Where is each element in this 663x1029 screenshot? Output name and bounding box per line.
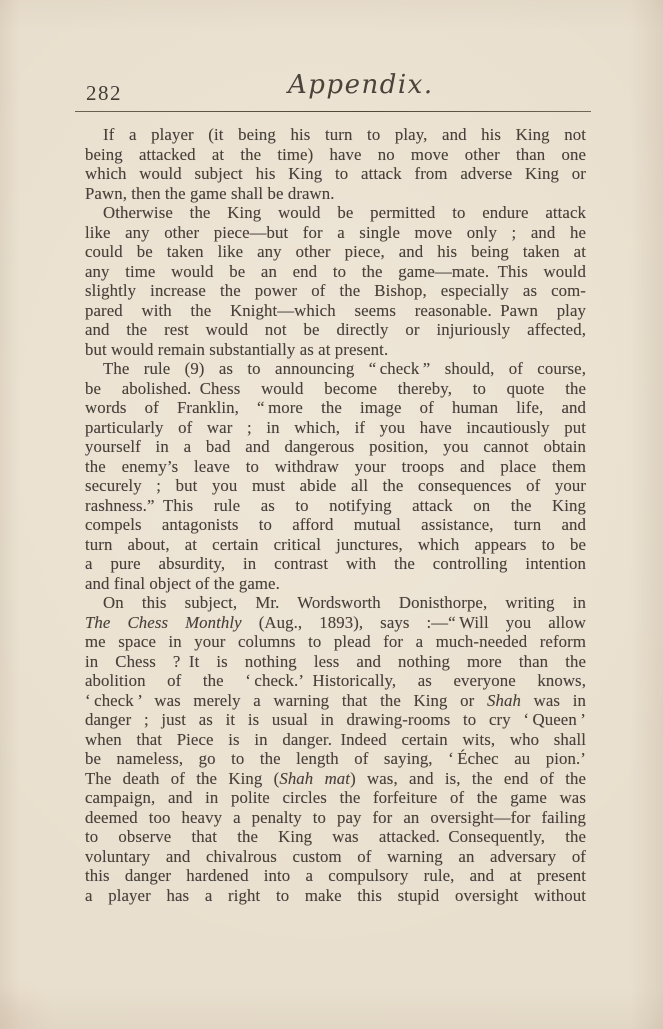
text-line: yourself in a bad and dangerous position… — [85, 437, 586, 457]
text-line: The death of the King (Shah mat) was, an… — [85, 769, 586, 789]
text-segment: If a player (it being his turn to play, … — [103, 125, 586, 144]
text-line: and final object of the game. — [85, 574, 586, 594]
text-segment: when that Piece is in danger. Indeed cer… — [85, 730, 586, 749]
text-segment: pared with the Knight—which seems reason… — [85, 301, 586, 320]
text-segment: and final object of the game. — [85, 574, 280, 593]
text-segment: securely ; but you must abide all the co… — [85, 476, 586, 495]
text-segment: but would remain substantially as at pre… — [85, 340, 388, 359]
text-segment: the enemy’s leave to withdraw your troop… — [85, 457, 586, 476]
text-segment: a player has a right to make this stupid… — [85, 886, 586, 905]
text-segment: this danger hardened into a compulsory r… — [85, 866, 586, 885]
scanned-page: 282 Appendix. If a player (it being his … — [0, 0, 663, 1029]
text-line: abolition of the ‘ check.’ Historically,… — [85, 671, 586, 691]
text-line: be abolished. Chess would become thereby… — [85, 379, 586, 399]
text-line: turn about, at certain critical juncture… — [85, 535, 586, 555]
text-line: The rule (9) as to announcing “ check ” … — [85, 359, 586, 379]
text-segment: Otherwise the King would be permitted to… — [103, 203, 586, 222]
text-segment: On this subject, Mr. Wordsworth Donistho… — [103, 593, 586, 612]
text-line: pared with the Knight—which seems reason… — [85, 301, 586, 321]
text-segment: ‘ check ’ was merely a warning that the … — [85, 691, 487, 710]
text-segment: a pure absurdity, in contrast with the c… — [85, 554, 586, 573]
text-segment: slightly increase the power of the Bisho… — [85, 281, 586, 300]
text-line: words of Franklin, “ more the image of h… — [85, 398, 586, 418]
text-line: slightly increase the power of the Bisho… — [85, 281, 586, 301]
text-segment: words of Franklin, “ more the image of h… — [85, 398, 586, 417]
text-line: particularly of war ; in which, if you h… — [85, 418, 586, 438]
text-line: danger ; just as it is usual in drawing-… — [85, 710, 586, 730]
text-segment: danger ; just as it is usual in drawing-… — [85, 710, 586, 729]
italic-text-segment: Shah mat — [279, 769, 350, 788]
text-segment: rashness.” This rule as to notifying att… — [85, 496, 586, 515]
text-line: On this subject, Mr. Wordsworth Donistho… — [85, 593, 586, 613]
text-line: but would remain substantially as at pre… — [85, 340, 586, 360]
text-line: compels antagonists to afford mutual ass… — [85, 515, 586, 535]
text-segment: (Aug., 1893), says :—“ Will you allow — [242, 613, 586, 632]
text-line: could be taken like any other piece, and… — [85, 242, 586, 262]
page-text: If a player (it being his turn to play, … — [85, 125, 586, 905]
text-segment: The rule (9) as to announcing “ check ” … — [103, 359, 586, 378]
header-rule — [75, 111, 591, 112]
text-segment: deemed too heavy a penalty to pay for an… — [85, 808, 586, 827]
text-line: and the rest would not be directly or in… — [85, 320, 586, 340]
text-line: rashness.” This rule as to notifying att… — [85, 496, 586, 516]
text-line: voluntary and chivalrous custom of warni… — [85, 847, 586, 867]
text-line: in Chess ? It is nothing less and nothin… — [85, 652, 586, 672]
text-segment: any time would be an end to the game—mat… — [85, 262, 586, 281]
text-line: being attacked at the time) have no move… — [85, 145, 586, 165]
text-line: deemed too heavy a penalty to pay for an… — [85, 808, 586, 828]
text-segment: particularly of war ; in which, if you h… — [85, 418, 586, 437]
text-segment: was in — [521, 691, 586, 710]
text-line: securely ; but you must abide all the co… — [85, 476, 586, 496]
text-segment: and the rest would not be directly or in… — [85, 320, 586, 339]
text-segment: voluntary and chivalrous custom of warni… — [85, 847, 586, 866]
text-line: like any other piece—but for a single mo… — [85, 223, 586, 243]
italic-text-segment: The Chess Monthly — [85, 613, 242, 632]
text-line: Otherwise the King would be permitted to… — [85, 203, 586, 223]
text-segment: be abolished. Chess would become thereby… — [85, 379, 586, 398]
text-line: The Chess Monthly (Aug., 1893), says :—“… — [85, 613, 586, 633]
text-line: a pure absurdity, in contrast with the c… — [85, 554, 586, 574]
text-line: be nameless, go to the length of saying,… — [85, 749, 586, 769]
text-segment: to observe that the King was attacked. C… — [85, 827, 586, 846]
text-segment: like any other piece—but for a single mo… — [85, 223, 586, 242]
text-segment: being attacked at the time) have no move… — [85, 145, 586, 164]
text-segment: ) was, and is, the end of the — [350, 769, 586, 788]
running-title: Appendix. — [288, 70, 434, 100]
text-segment: in Chess ? It is nothing less and nothin… — [85, 652, 586, 671]
text-line: this danger hardened into a compulsory r… — [85, 866, 586, 886]
text-line: which would subject his King to attack f… — [85, 164, 586, 184]
text-line: campaign, and in polite circles the forf… — [85, 788, 586, 808]
text-segment: which would subject his King to attack f… — [85, 164, 586, 183]
text-line: a player has a right to make this stupid… — [85, 886, 586, 906]
text-line: me space in your columns to plead for a … — [85, 632, 586, 652]
text-segment: be nameless, go to the length of saying,… — [85, 749, 586, 768]
text-segment: The death of the King ( — [85, 769, 279, 788]
text-segment: compels antagonists to afford mutual ass… — [85, 515, 586, 534]
text-line: ‘ check ’ was merely a warning that the … — [85, 691, 586, 711]
italic-text-segment: Shah — [487, 691, 521, 710]
text-line: If a player (it being his turn to play, … — [85, 125, 586, 145]
text-segment: could be taken like any other piece, and… — [85, 242, 586, 261]
text-segment: me space in your columns to plead for a … — [85, 632, 586, 651]
text-line: Pawn, then the game shall be drawn. — [85, 184, 586, 204]
text-segment: abolition of the ‘ check.’ Historically,… — [85, 671, 586, 690]
text-segment: Pawn, then the game shall be drawn. — [85, 184, 335, 203]
text-segment: turn about, at certain critical juncture… — [85, 535, 586, 554]
text-line: any time would be an end to the game—mat… — [85, 262, 586, 282]
text-line: when that Piece is in danger. Indeed cer… — [85, 730, 586, 750]
text-line: the enemy’s leave to withdraw your troop… — [85, 457, 586, 477]
text-line: to observe that the King was attacked. C… — [85, 827, 586, 847]
text-segment: yourself in a bad and dangerous position… — [85, 437, 586, 456]
text-segment: campaign, and in polite circles the forf… — [85, 788, 586, 807]
page-number: 282 — [86, 81, 122, 106]
